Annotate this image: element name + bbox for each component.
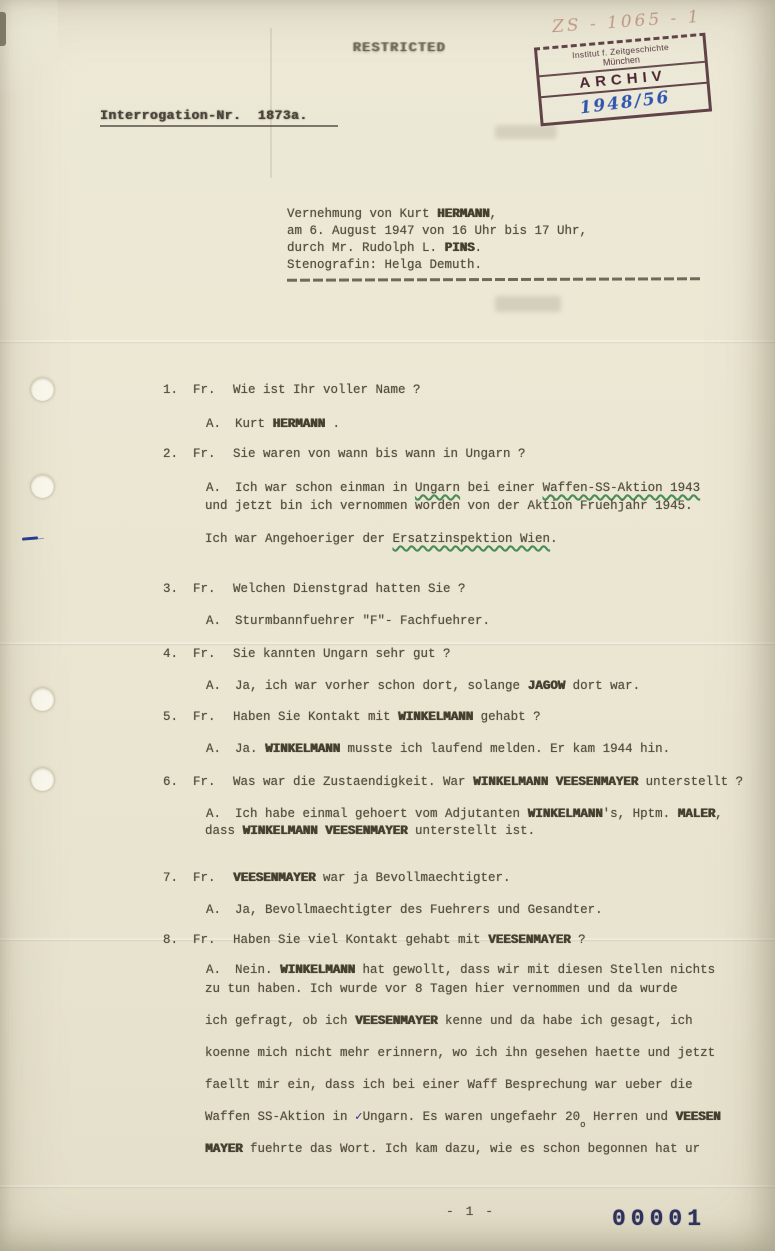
answer-text: Kurt HERMANN . xyxy=(235,417,340,431)
question-number: 8. xyxy=(163,933,193,948)
qa-8-answer-line-2: zu tun haben. Ich wurde vor 8 Tagen hier… xyxy=(205,982,678,997)
question-number: 7. xyxy=(163,871,193,886)
question-text: Sie waren von wann bis wann in Ungarn ? xyxy=(233,447,526,461)
vertical-crease xyxy=(270,28,272,178)
question-text: Welchen Dienstgrad hatten Sie ? xyxy=(233,582,466,596)
horizontal-crease xyxy=(0,1185,775,1187)
punch-hole xyxy=(31,475,54,498)
archive-stamp: Institut f. Zeitgeschichte München ARCHI… xyxy=(534,33,712,127)
question-number: 4. xyxy=(163,647,193,662)
answer-label: A. xyxy=(206,417,235,432)
horizontal-crease xyxy=(0,340,775,342)
question-text: Haben Sie viel Kontakt gehabt mit VEESEN… xyxy=(233,933,586,947)
question-label: Fr. xyxy=(193,775,233,790)
answer-label: A. xyxy=(206,481,235,496)
answer-text: Ja, ich war vorher schon dort, solange J… xyxy=(235,679,640,693)
blue-ink-mark xyxy=(22,536,38,540)
classification-header: RESTRICTED xyxy=(353,40,446,55)
question-label: Fr. xyxy=(193,582,233,597)
header-separator-line xyxy=(287,277,703,281)
serial-number-stamp: 00001 xyxy=(612,1212,706,1227)
question-number: 1. xyxy=(163,383,193,398)
page-number: - 1 - xyxy=(446,1204,495,1219)
question-label: Fr. xyxy=(193,447,233,462)
punch-hole xyxy=(31,688,54,711)
qa-8-answer-line-4: koenne mich nicht mehr erinnern, wo ich … xyxy=(205,1046,715,1061)
edge-ink-mark xyxy=(0,12,6,46)
faint-smudge xyxy=(495,125,557,139)
question-text: VEESENMAYER war ja Bevollmaechtigter. xyxy=(233,871,511,885)
answer-text: Ich war schon einman in Ungarn bei einer… xyxy=(235,481,700,495)
header-line-3: durch Mr. Rudolph L. PINS. xyxy=(287,241,482,256)
qa-8-answer-line-6: Waffen SS-Aktion in ✓Ungarn. Es waren un… xyxy=(205,1110,721,1133)
answer-text: Nein. WINKELMANN hat gewollt, dass wir m… xyxy=(235,963,715,977)
question-text: Was war die Zustaendigkeit. War WINKELMA… xyxy=(233,775,743,789)
answer-text: Ja, Bevollmaechtigter des Fuehrers und G… xyxy=(235,903,603,917)
question-label: Fr. xyxy=(193,871,233,886)
question-label: Fr. xyxy=(193,710,233,725)
punch-hole xyxy=(31,378,54,401)
interrogation-number: Interrogation-Nr. 1873a. xyxy=(100,108,338,127)
question-number: 6. xyxy=(163,775,193,790)
question-number: 2. xyxy=(163,447,193,462)
answer-label: A. xyxy=(206,963,235,978)
answer-text: Sturmbannfuehrer "F"- Fachfuehrer. xyxy=(235,614,490,628)
qa-8-answer-line-7: MAYER fuehrte das Wort. Ich kam dazu, wi… xyxy=(205,1142,700,1157)
document-page: RESTRICTED ZS - 1065 - 1 Institut f. Zei… xyxy=(0,0,775,1251)
qa-6-answer-line-2: dass WINKELMANN VEESENMAYER unterstellt … xyxy=(205,824,535,839)
punch-hole xyxy=(31,768,54,791)
paper-corner-highlight xyxy=(0,0,58,92)
answer-label: A. xyxy=(206,807,235,822)
answer-label: A. xyxy=(206,679,235,694)
qa-2-answer-line-3: Ich war Angehoeriger der Ersatzinspektio… xyxy=(205,532,558,547)
qa-8-answer-line-3: ich gefragt, ob ich VEESENMAYER kenne un… xyxy=(205,1014,693,1029)
question-text: Wie ist Ihr voller Name ? xyxy=(233,383,421,397)
handwritten-archive-ref: ZS - 1065 - 1 xyxy=(551,7,702,37)
qa-2-answer-line-2: und jetzt bin ich vernommen worden von d… xyxy=(205,499,693,514)
header-line-4: Stenografin: Helga Demuth. xyxy=(287,258,482,273)
header-line-1: Vernehmung von Kurt HERMANN, xyxy=(287,207,497,222)
answer-label: A. xyxy=(206,614,235,629)
header-line-2: am 6. August 1947 von 16 Uhr bis 17 Uhr, xyxy=(287,224,587,239)
faint-smudge xyxy=(495,296,561,312)
answer-label: A. xyxy=(206,903,235,918)
question-number: 3. xyxy=(163,582,193,597)
question-text: Sie kannten Ungarn sehr gut ? xyxy=(233,647,451,661)
question-label: Fr. xyxy=(193,383,233,398)
question-label: Fr. xyxy=(193,647,233,662)
answer-text: Ich habe einmal gehoert vom Adjutanten W… xyxy=(235,807,723,821)
question-number: 5. xyxy=(163,710,193,725)
qa-8-answer-line-5: faellt mir ein, dass ich bei einer Waff … xyxy=(205,1078,693,1093)
question-label: Fr. xyxy=(193,933,233,948)
answer-label: A. xyxy=(206,742,235,757)
question-text: Haben Sie Kontakt mit WINKELMANN gehabt … xyxy=(233,710,541,724)
answer-text: Ja. WINKELMANN musste ich laufend melden… xyxy=(235,742,670,756)
